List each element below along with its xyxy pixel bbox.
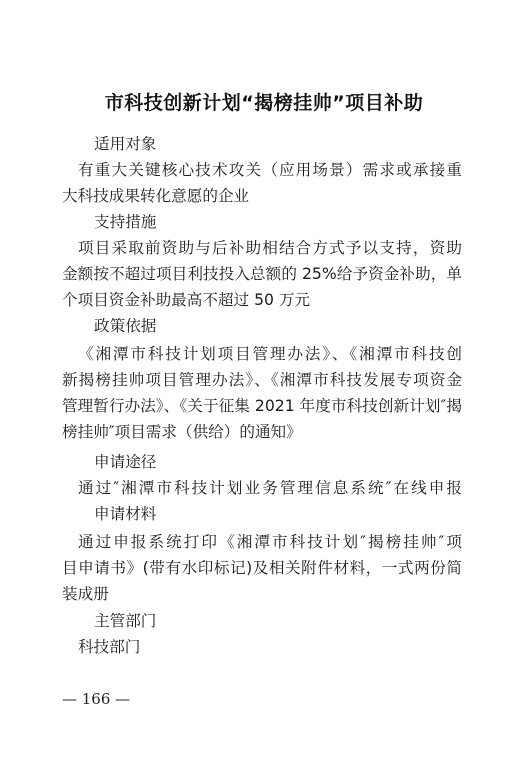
paragraph-line: 装成册 — [62, 584, 109, 604]
paragraph-line: 通过申报系统打印《湘潭市科技计划″揭榜挂帅″项 — [78, 532, 462, 552]
paragraph-line: 个项目资金补助最高不超过 50 万元 — [62, 290, 310, 310]
page-number: — 166 — — [62, 690, 130, 708]
paragraph-line: 《湘潭市科技计划项目管理办法》、《湘潭市科技创 — [78, 344, 462, 364]
paragraph-line: 项目采取前资助与后补助相结合方式予以支持，资助 — [78, 238, 462, 258]
section-heading-policy-basis: 政策依据 — [94, 316, 156, 336]
paragraph-line: 目申请书》(带有水印标记)及相关附件材料，一式两份简 — [62, 558, 462, 578]
page-title: 市科技创新计划“揭榜挂帅”项目补助 — [0, 88, 528, 115]
paragraph-line: 科技部门 — [78, 637, 140, 657]
section-heading-application-route: 申请途径 — [94, 452, 156, 472]
section-heading-support-measures: 支持措施 — [94, 212, 156, 232]
paragraph-line: 金额按不超过项目利技投入总额的 25%给予资金补助，单 — [62, 264, 462, 284]
paragraph-line: 有重大关键核心技术攻关（应用场景）需求或承接重 — [78, 160, 462, 180]
paragraph-line: 大科技成果转化意愿的企业 — [62, 186, 249, 206]
paragraph-line: 榜挂帅″项目需求（供给）的通知》 — [62, 422, 302, 442]
paragraph-line: 通过″湘潭市科技计划业务管理信息系统″在线申报 — [78, 478, 462, 498]
section-heading-application-materials: 申请材料 — [94, 504, 156, 524]
section-heading-competent-department: 主管部门 — [94, 611, 156, 631]
section-heading-applicable-objects: 适用对象 — [94, 134, 156, 154]
paragraph-line: 管理暂行办法》、《关于征集 2021 年度市科技创新计划″揭 — [62, 396, 462, 416]
paragraph-line: 新揭榜挂帅项目管理办法》、《湘潭市科技发展专项资金 — [62, 370, 462, 390]
